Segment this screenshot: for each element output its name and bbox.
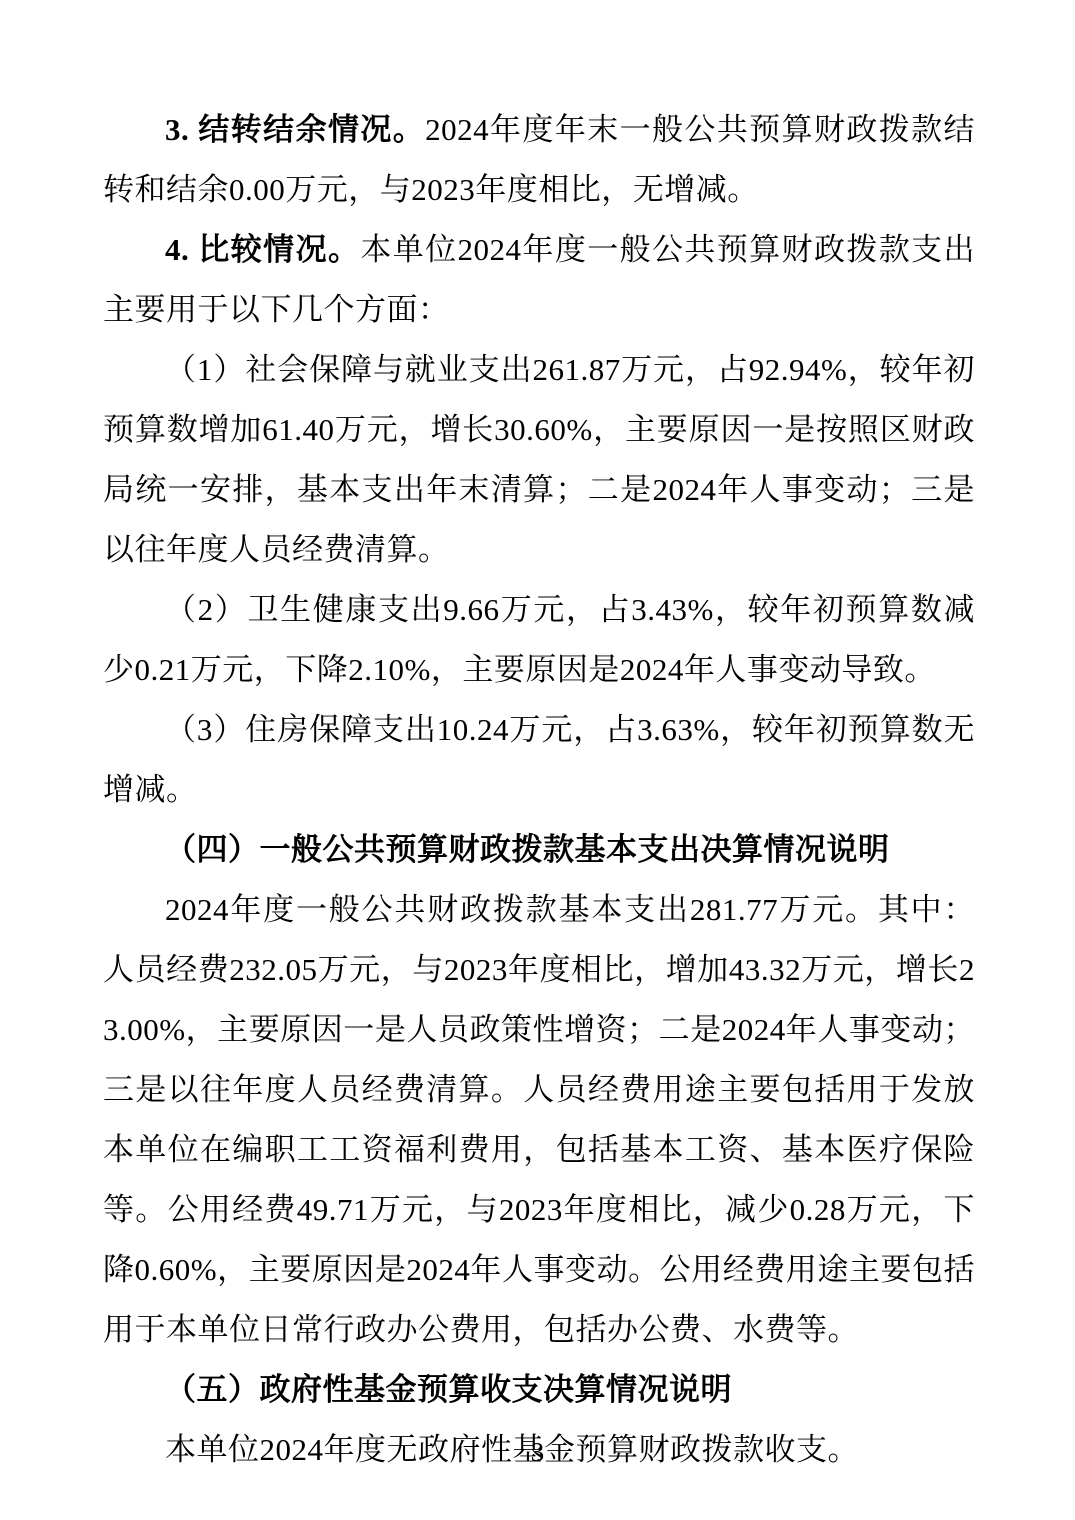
document-body: 3. 结转结余情况。2024年度年末一般公共预算财政拨款结转和结余0.00万元，…	[103, 100, 975, 1480]
paragraph-basic-expenditure-detail: 2024年度一般公共财政拨款基本支出281.77万元。其中：人员经费232.05…	[103, 880, 975, 1360]
heading-section-5-government-fund: （五）政府性基金预算收支决算情况说明	[103, 1360, 975, 1420]
paragraph-text: （3）住房保障支出10.24万元，占3.63%，较年初预算数无增减。	[103, 712, 975, 807]
paragraph-item-1-social-security: （1）社会保障与就业支出261.87万元，占92.94%，较年初预算数增加61.…	[103, 340, 975, 580]
paragraph-lead: 4. 比较情况。	[165, 232, 360, 267]
document-page: 3. 结转结余情况。2024年度年末一般公共预算财政拨款结转和结余0.00万元，…	[0, 0, 1075, 1520]
heading-text: （五）政府性基金预算收支决算情况说明	[165, 1372, 732, 1407]
paragraph-text: 2024年度一般公共财政拨款基本支出281.77万元。其中：人员经费232.05…	[103, 892, 975, 1347]
page-number: 3	[0, 1430, 1075, 1475]
paragraph-lead: 3. 结转结余情况。	[165, 112, 425, 147]
paragraph-text: （1）社会保障与就业支出261.87万元，占92.94%，较年初预算数增加61.…	[103, 352, 975, 567]
paragraph-carryover: 3. 结转结余情况。2024年度年末一般公共预算财政拨款结转和结余0.00万元，…	[103, 100, 975, 220]
paragraph-item-2-health: （2）卫生健康支出9.66万元，占3.43%，较年初预算数减少0.21万元，下降…	[103, 580, 975, 700]
paragraph-text: （2）卫生健康支出9.66万元，占3.43%，较年初预算数减少0.21万元，下降…	[103, 592, 975, 687]
paragraph-item-3-housing: （3）住房保障支出10.24万元，占3.63%，较年初预算数无增减。	[103, 700, 975, 820]
paragraph-comparison: 4. 比较情况。本单位2024年度一般公共预算财政拨款支出主要用于以下几个方面：	[103, 220, 975, 340]
heading-text: （四）一般公共预算财政拨款基本支出决算情况说明	[165, 832, 890, 867]
heading-section-4-basic-expenditure: （四）一般公共预算财政拨款基本支出决算情况说明	[103, 820, 975, 880]
